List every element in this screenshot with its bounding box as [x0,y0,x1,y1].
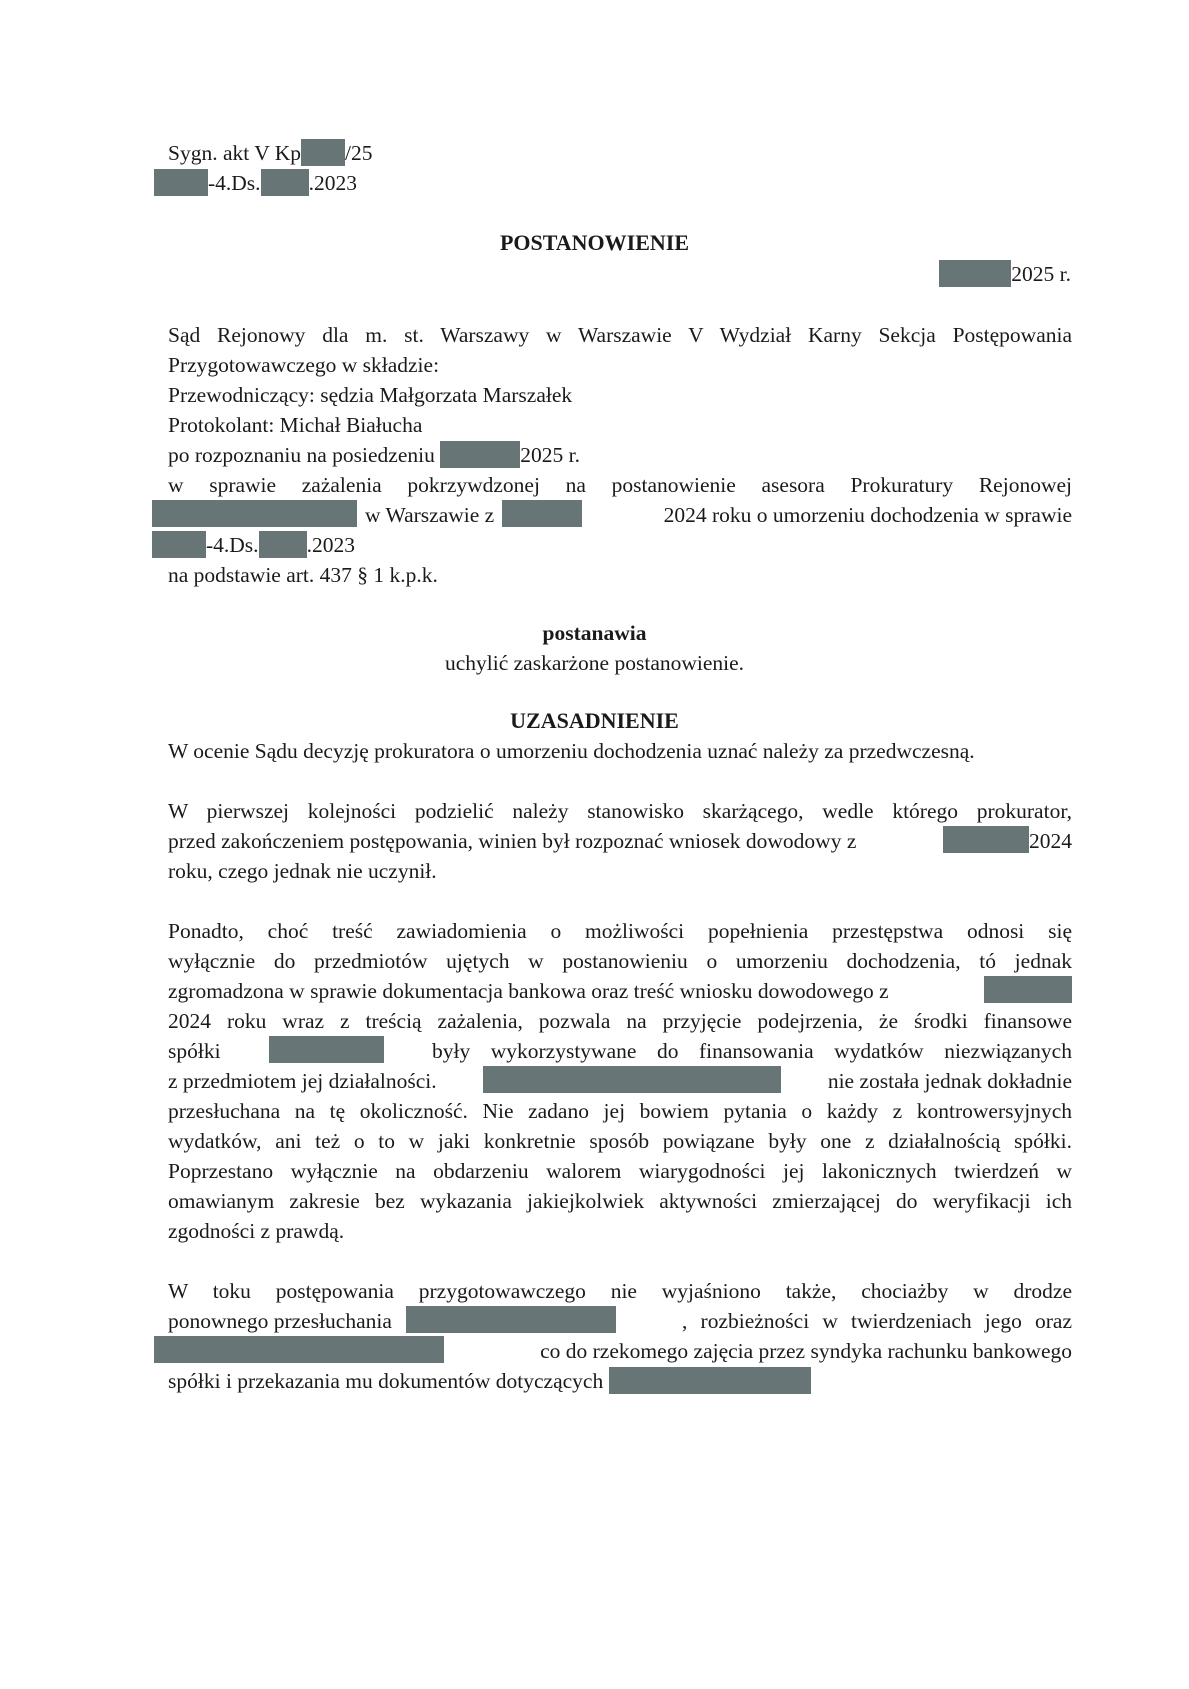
redaction-box [259,531,307,558]
legal-basis: na podstawie art. 437 § 1 k.p.k. [168,560,438,590]
presiding-judge: Przewodniczący: sędzia Małgorzata Marsza… [168,380,572,410]
hearing-prefix: po rozpoznaniu na posiedzeniu [168,443,435,467]
redaction-box [406,1306,616,1333]
redaction-box [154,169,208,196]
redaction-box [261,169,309,196]
p2-line-3: roku, czego jednak nie uczynił. [168,856,437,886]
matter-line-2: w Warszawie z 2024 roku o umorzeniu doch… [152,500,1072,530]
redaction-box [943,826,1029,853]
redaction-box [440,441,520,468]
p3-line-4: 2024 roku wraz z treścią zażalenia, pozw… [168,1006,1072,1036]
redaction-box [154,1336,444,1363]
p3-line-8: wydatków, ani też o to w jaki konkretnie… [168,1126,1072,1156]
redaction-box [984,976,1072,1003]
p3-line-7: przesłuchana na tę okoliczność. Nie zada… [168,1096,1072,1126]
p3-line-2: wyłącznie do przedmiotów ujętych w posta… [168,946,1072,976]
hearing-suffix: 2025 r. [520,443,580,467]
p4-line-3-suffix: co do rzekomego zajęcia przez syndyka ra… [540,1336,1072,1366]
matter-suffix: 2024 roku o umorzeniu dochodzenia w spra… [664,500,1072,530]
redaction-box [269,1036,384,1063]
p3-line-5-prefix: spółki [168,1036,221,1066]
p2-line-2-suffix: 2024 [1029,826,1072,856]
p3-line-6-prefix: z przedmiotem jej działalności. [168,1066,437,1096]
matter-ref-mid: -4.Ds. [206,533,259,557]
case-signature: Sygn. akt V Kp/25 [168,138,372,168]
decision-heading: postanawia [0,618,1189,648]
court-line-1: Sąd Rejonowy dla m. st. Warszawy w Warsz… [168,320,1072,350]
reference-mid: -4.Ds. [208,171,261,195]
p3-line-3: zgromadzona w sprawie dokumentacja banko… [168,976,1072,1006]
p3-line-5: spółki były wykorzystywane do finansowan… [168,1036,1072,1066]
redaction-box [502,500,582,527]
p3-line-9: Poprzestano wyłącznie na obdarzeniu walo… [168,1156,1072,1186]
p3-line-10: omawianym zakresie bez wykazania jakiejk… [168,1186,1072,1216]
p4-line-2: ponownego przesłuchania , rozbieżności w… [168,1306,1072,1336]
decision-text: uchylić zaskarżone postanowienie. [0,648,1189,678]
p3-line-5-suffix: były wykorzystywane do finansowania wyda… [432,1036,1072,1066]
document-title: POSTANOWIENIE [0,228,1189,258]
p3-line-3-prefix: zgromadzona w sprawie dokumentacja banko… [168,976,889,1006]
justification-heading: UZASADNIENIE [0,706,1189,736]
reference-suffix: .2023 [309,171,357,195]
court-line-2: Przygotowawczego w składzie: [168,350,439,380]
prosecution-reference: -4.Ds..2023 [154,168,357,198]
p2-line-2: przed zakończeniem postępowania, winien … [168,826,1072,856]
p4-line-3: co do rzekomego zajęcia przez syndyka ra… [154,1336,1072,1366]
signature-prefix: Sygn. akt V Kp [168,141,301,165]
p4-line-4-prefix: spółki i przekazania mu dokumentów dotyc… [168,1369,603,1393]
redaction-box [152,500,357,527]
date-suffix: 2025 r. [1011,262,1071,286]
p2-line-2-prefix: przed zakończeniem postępowania, winien … [168,826,856,856]
redaction-box [301,139,345,166]
redaction-box [939,260,1011,287]
matter-ref-suffix: .2023 [307,533,355,557]
p4-line-2-suffix: , rozbieżności w twierdzeniach jego oraz [682,1306,1072,1336]
justification-p1: W ocenie Sądu decyzję prokuratora o umor… [168,736,975,766]
court-clerk: Protokolant: Michał Białucha [168,410,422,440]
signature-suffix: /25 [345,141,372,165]
redaction-box [609,1367,811,1394]
p2-line-1: W pierwszej kolejności podzielić należy … [168,796,1072,826]
document-date: 2025 r. [939,259,1071,289]
p4-line-4: spółki i przekazania mu dokumentów dotyc… [168,1366,811,1396]
matter-line-1: w sprawie zażalenia pokrzywdzonej na pos… [168,470,1072,500]
redaction-box [152,531,206,558]
p3-line-11: zgodności z prawdą. [168,1216,344,1246]
p3-line-6: z przedmiotem jej działalności. nie zost… [168,1066,1072,1096]
matter-reference: -4.Ds..2023 [152,530,355,560]
matter-mid: w Warszawie z [365,500,494,530]
p4-line-1: W toku postępowania przygotowawczego nie… [168,1276,1072,1306]
p4-line-2-prefix: ponownego przesłuchania [168,1306,392,1336]
p3-line-1: Ponadto, choć treść zawiadomienia o możl… [168,916,1072,946]
redaction-box [483,1066,781,1093]
p3-line-6-suffix: nie została jednak dokładnie [828,1066,1072,1096]
hearing-line: po rozpoznaniu na posiedzeniu 2025 r. [168,440,580,470]
